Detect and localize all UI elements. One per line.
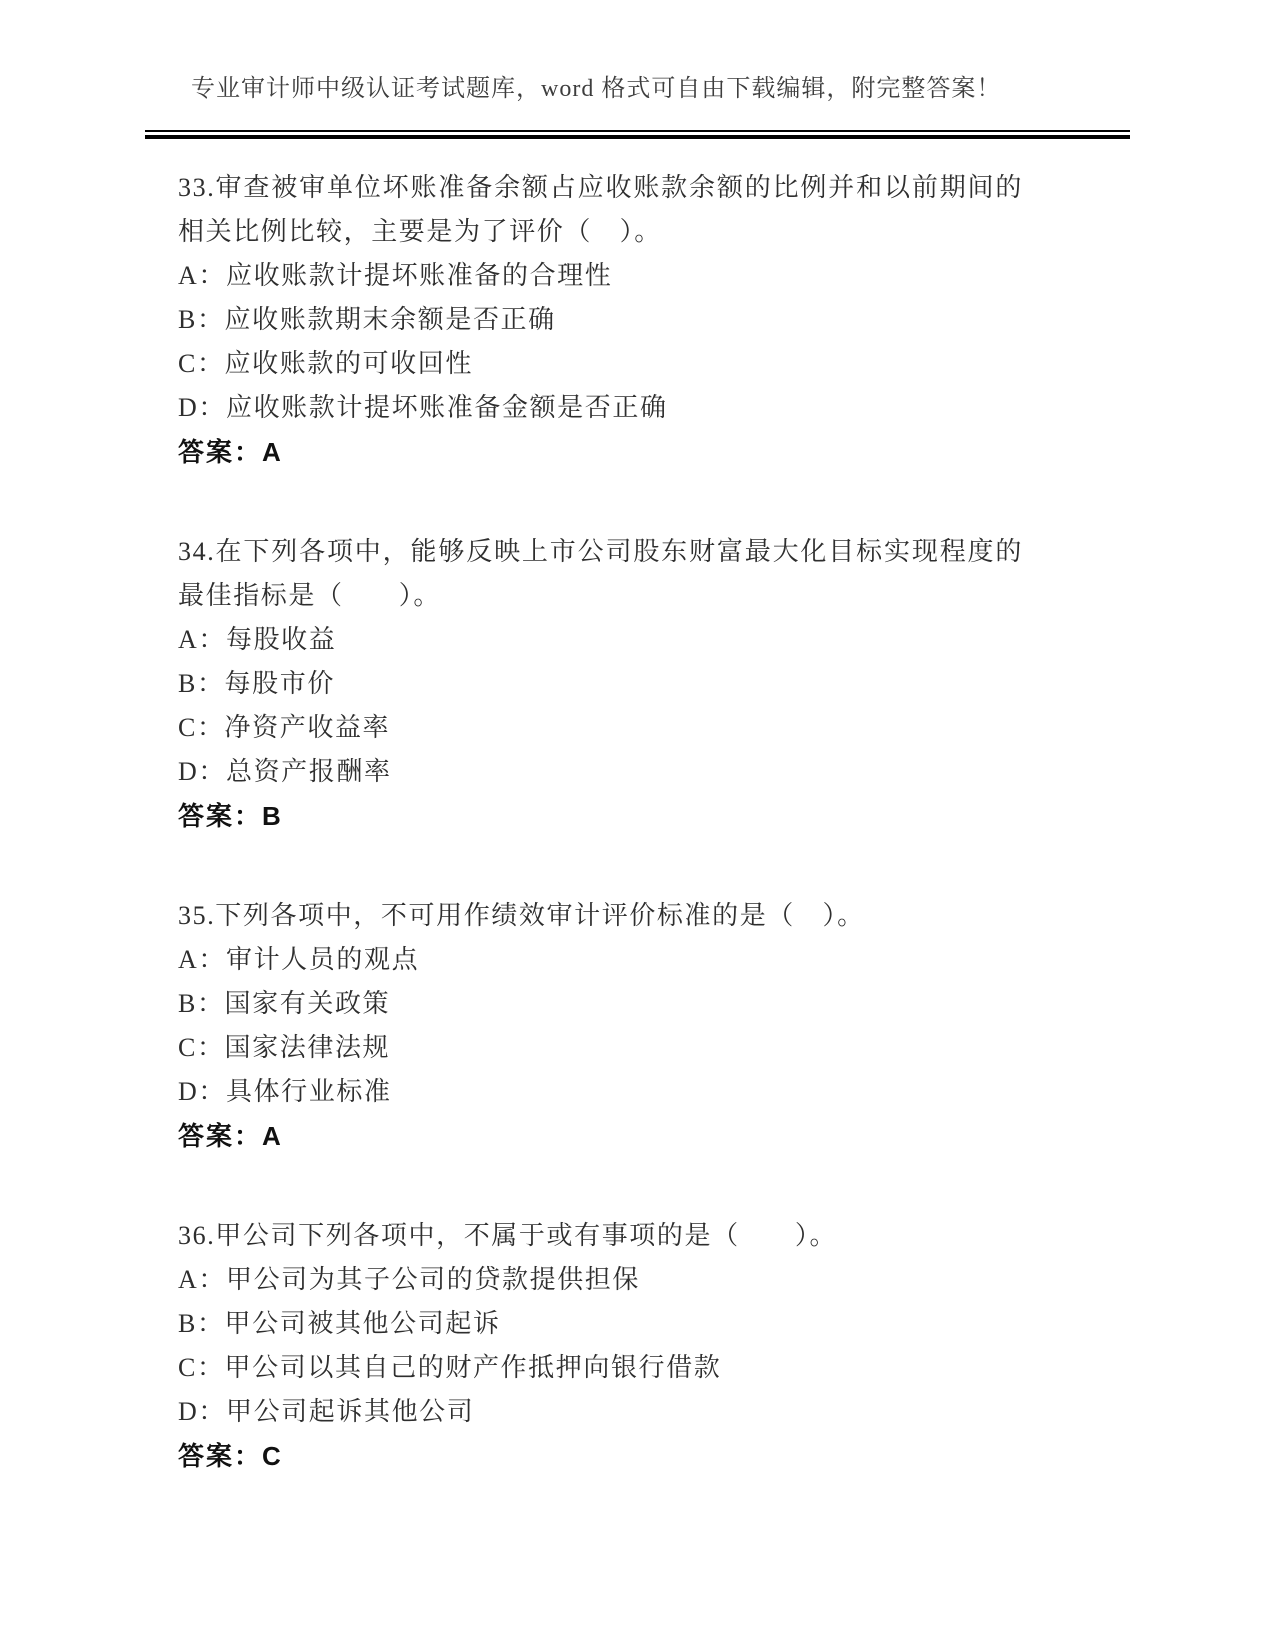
question-option-c: C：应收账款的可收回性: [178, 342, 1023, 386]
question-answer: 答案：B: [178, 794, 1023, 838]
header-divider-thick-line: [145, 135, 1130, 139]
question-stem: 36.甲公司下列各项中，不属于或有事项的是（ ）。: [178, 1214, 1023, 1258]
question-stem: 33.审查被审单位坏账准备余额占应收账款余额的比例并和以前期间的相关比例比较，主…: [178, 166, 1023, 254]
question-option-b: B：甲公司被其他公司起诉: [178, 1302, 1023, 1346]
question-option-c: C：净资产收益率: [178, 706, 1023, 750]
question-option-d: D：总资产报酬率: [178, 750, 1023, 794]
question-block-34: 34.在下列各项中，能够反映上市公司股东财富最大化目标实现程度的最佳指标是（ ）…: [178, 530, 1023, 838]
question-option-d: D：甲公司起诉其他公司: [178, 1390, 1023, 1434]
question-option-b: B：每股市价: [178, 662, 1023, 706]
question-answer: 答案：A: [178, 430, 1023, 474]
question-option-a: A：每股收益: [178, 618, 1023, 662]
header-title: 专业审计师中级认证考试题库，word 格式可自由下载编辑，附完整答案！: [145, 68, 1130, 103]
header-divider: [145, 130, 1130, 139]
question-stem: 35.下列各项中，不可用作绩效审计评价标准的是（ ）。: [178, 894, 1023, 938]
question-block-35: 35.下列各项中，不可用作绩效审计评价标准的是（ ）。 A：审计人员的观点 B：…: [178, 894, 1023, 1158]
question-option-a: A：应收账款计提坏账准备的合理性: [178, 254, 1023, 298]
page-header: 专业审计师中级认证考试题库，word 格式可自由下载编辑，附完整答案！: [145, 68, 1130, 139]
question-stem: 34.在下列各项中，能够反映上市公司股东财富最大化目标实现程度的最佳指标是（ ）…: [178, 530, 1023, 618]
question-list: 33.审查被审单位坏账准备余额占应收账款余额的比例并和以前期间的相关比例比较，主…: [145, 166, 1130, 1478]
question-block-36: 36.甲公司下列各项中，不属于或有事项的是（ ）。 A：甲公司为其子公司的贷款提…: [178, 1214, 1023, 1478]
question-block-33: 33.审查被审单位坏账准备余额占应收账款余额的比例并和以前期间的相关比例比较，主…: [178, 166, 1023, 474]
question-option-b: B：应收账款期末余额是否正确: [178, 298, 1023, 342]
question-option-c: C：甲公司以其自己的财产作抵押向银行借款: [178, 1346, 1023, 1390]
question-option-a: A：审计人员的观点: [178, 938, 1023, 982]
question-answer: 答案：A: [178, 1114, 1023, 1158]
question-answer: 答案：C: [178, 1434, 1023, 1478]
question-option-d: D：具体行业标准: [178, 1070, 1023, 1114]
question-option-d: D：应收账款计提坏账准备金额是否正确: [178, 386, 1023, 430]
question-option-c: C：国家法律法规: [178, 1026, 1023, 1070]
question-option-b: B：国家有关政策: [178, 982, 1023, 1026]
question-option-a: A：甲公司为其子公司的贷款提供担保: [178, 1258, 1023, 1302]
